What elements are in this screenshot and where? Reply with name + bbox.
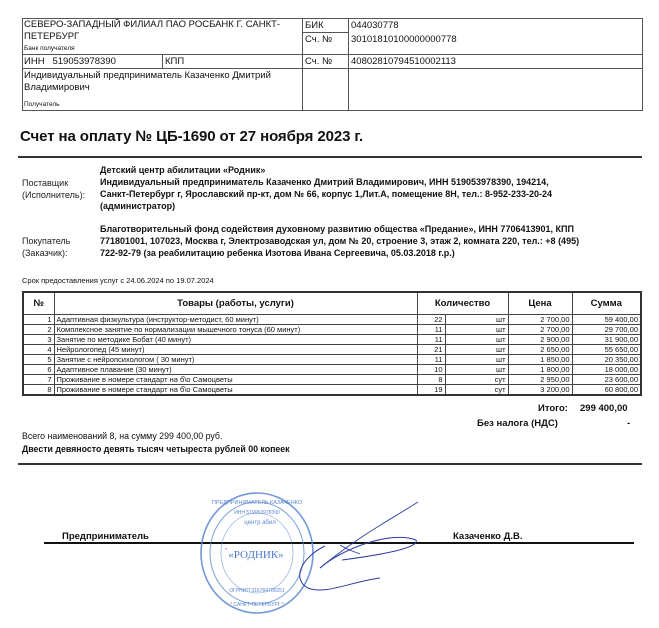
divider xyxy=(162,54,163,68)
buyer-line1: Благотворительный фонд содействия духовн… xyxy=(100,223,579,235)
service-period: Срок предоставления услуг с 24.06.2024 п… xyxy=(22,276,214,285)
vat-label: Без налога (НДС) xyxy=(477,418,558,429)
buyer-label-line2: (Заказчик): xyxy=(22,247,70,259)
signature-name: Казаченко Д.В. xyxy=(453,531,522,542)
supplier-details: Детский центр абилитации «Родник» Индиви… xyxy=(100,164,552,212)
account-label: Сч. № xyxy=(305,56,332,67)
summary-count: Всего наименований 8, на сумму 299 400,0… xyxy=(22,431,222,441)
supplier-label: Поставщик (Исполнитель): xyxy=(22,177,85,201)
divider xyxy=(22,68,643,69)
row-qty: 21 xyxy=(417,344,445,354)
row-sum: 60 800,00 xyxy=(572,384,641,395)
row-unit: шт xyxy=(445,324,508,334)
row-qty: 10 xyxy=(417,364,445,374)
summary-amount-words: Двести девяносто девять тысяч четыреста … xyxy=(22,444,290,454)
supplier-line4: (администратор) xyxy=(100,200,552,212)
row-sum: 29 700,00 xyxy=(572,324,641,334)
row-name: Проживание в номере стандарт на б\о Само… xyxy=(54,384,417,395)
row-price: 1 850,00 xyxy=(508,354,572,364)
bik-value: 044030778 xyxy=(351,20,399,31)
row-name: Проживание в номере стандарт на б\о Само… xyxy=(54,374,417,384)
svg-text:ОГРНИП 316784700251: ОГРНИП 316784700251 xyxy=(229,588,285,594)
bank-name: СЕВЕРО-ЗАПАДНЫЙ ФИЛИАЛ ПАО РОСБАНК Г. СА… xyxy=(24,19,300,43)
row-sum: 18 000,00 xyxy=(572,364,641,374)
supplier-label-line2: (Исполнитель): xyxy=(22,189,85,201)
supplier-label-line1: Поставщик xyxy=(22,177,85,189)
row-qty: 19 xyxy=(417,384,445,395)
corr-account-value: 30101810100000000778 xyxy=(351,34,457,45)
row-price: 2 900,00 xyxy=(508,334,572,344)
row-sum: 20 350,00 xyxy=(572,354,641,364)
col-name-header: Товары (работы, услуги) xyxy=(54,292,417,314)
kpp-label: КПП xyxy=(165,56,184,68)
handwritten-signature xyxy=(280,500,420,600)
supplier-line1: Детский центр абилитации «Родник» xyxy=(100,164,552,176)
signature-role: Предприниматель xyxy=(62,531,149,542)
svg-text:центр абил: центр абил xyxy=(244,520,276,526)
table-row: 2Комплексное занятие по нормализации мыш… xyxy=(23,324,641,334)
items-table: № Товары (работы, услуги) Количество Цен… xyxy=(22,291,642,396)
row-name: Адаптивное плавание (30 минут) xyxy=(54,364,417,374)
invoice-title: Счет на оплату № ЦБ-1690 от 27 ноября 20… xyxy=(20,128,363,145)
table-row: 4Нейрологопед (45 минут)21шт2 650,0055 6… xyxy=(23,344,641,354)
divider xyxy=(22,54,643,55)
table-row: 5Занятие с нейропсихологом ( 30 минут)11… xyxy=(23,354,641,364)
signature-scribble-icon xyxy=(280,500,420,600)
row-num: 3 xyxy=(23,334,54,344)
col-qty-header: Количество xyxy=(417,292,508,314)
bik-label: БИК xyxy=(305,20,324,31)
table-row: 6Адаптивное плавание (30 минут)10шт1 800… xyxy=(23,364,641,374)
table-row: 7Проживание в номере стандарт на б\о Сам… xyxy=(23,374,641,384)
row-sum: 55 650,00 xyxy=(572,344,641,354)
row-qty: 22 xyxy=(417,314,445,324)
table-header-row: № Товары (работы, услуги) Количество Цен… xyxy=(23,292,641,314)
row-unit: шт xyxy=(445,314,508,324)
inn-value: 519053978390 xyxy=(52,56,115,67)
row-name: Адаптивная физкультура (инструктор-метод… xyxy=(54,314,417,324)
row-sum: 31 900,00 xyxy=(572,334,641,344)
col-sum-header: Сумма xyxy=(572,292,641,314)
row-unit: шт xyxy=(445,364,508,374)
stamp-center-text: «РОДНИК» xyxy=(228,549,283,561)
table-row: 3Занятие по методике Бобат (40 минут)11ш… xyxy=(23,334,641,344)
divider xyxy=(348,18,349,111)
row-unit: шт xyxy=(445,334,508,344)
col-price-header: Цена xyxy=(508,292,572,314)
row-sum: 23 600,00 xyxy=(572,374,641,384)
row-price: 2 700,00 xyxy=(508,324,572,334)
row-num: 8 xyxy=(23,384,54,395)
row-qty: 11 xyxy=(417,324,445,334)
bank-label: Банк получателя xyxy=(24,45,75,53)
row-num: 4 xyxy=(23,344,54,354)
summary-rule xyxy=(18,463,642,465)
supplier-line3: Санкт-Петербург г, Ярославский пр-кт, до… xyxy=(100,188,552,200)
recipient-label: Получатель xyxy=(24,101,60,109)
row-num: 6 xyxy=(23,364,54,374)
row-unit: шт xyxy=(445,354,508,364)
supplier-line2: Индивидуальный предприниматель Казаченко… xyxy=(100,176,552,188)
buyer-label: Покупатель (Заказчик): xyxy=(22,235,70,259)
row-num: 1 xyxy=(23,314,54,324)
inn-field: ИНН 519053978390 xyxy=(24,56,116,68)
svg-text:ИНН 519053978390: ИНН 519053978390 xyxy=(234,510,280,516)
account-value: 40802810794510002113 xyxy=(351,56,456,67)
row-price: 3 200,00 xyxy=(508,384,572,395)
buyer-label-line1: Покупатель xyxy=(22,235,70,247)
row-price: 2 700,00 xyxy=(508,314,572,324)
row-unit: сут xyxy=(445,384,508,395)
row-name: Занятие по методике Бобат (40 минут) xyxy=(54,334,417,344)
inn-label: ИНН xyxy=(24,56,45,67)
row-num: 5 xyxy=(23,354,54,364)
title-rule xyxy=(18,156,642,158)
row-qty: 11 xyxy=(417,354,445,364)
row-name: Нейрологопед (45 минут) xyxy=(54,344,417,354)
row-price: 2 650,00 xyxy=(508,344,572,354)
row-sum: 59 400,00 xyxy=(572,314,641,324)
svg-text:* САНКТ-ПЕТЕРБУРГ *: * САНКТ-ПЕТЕРБУРГ * xyxy=(230,602,284,608)
row-qty: 11 xyxy=(417,334,445,344)
total-label: Итого: xyxy=(538,403,568,414)
row-price: 1 800,00 xyxy=(508,364,572,374)
row-unit: шт xyxy=(445,344,508,354)
row-num: 2 xyxy=(23,324,54,334)
recipient-name: Индивидуальный предприниматель Казаченко… xyxy=(24,70,300,94)
corr-account-label: Сч. № xyxy=(305,34,332,45)
row-name: Занятие с нейропсихологом ( 30 минут) xyxy=(54,354,417,364)
row-num: 7 xyxy=(23,374,54,384)
buyer-details: Благотворительный фонд содействия духовн… xyxy=(100,223,579,259)
row-name: Комплексное занятие по нормализации мыше… xyxy=(54,324,417,334)
row-price: 2 950,00 xyxy=(508,374,572,384)
buyer-line2: 771801001, 107023, Москва г, Электрозаво… xyxy=(100,235,579,247)
table-row: 1Адаптивная физкультура (инструктор-мето… xyxy=(23,314,641,324)
vat-value: - xyxy=(627,418,630,429)
table-row: 8Проживание в номере стандарт на б\о Сам… xyxy=(23,384,641,395)
row-qty: 8 xyxy=(417,374,445,384)
row-unit: сут xyxy=(445,374,508,384)
buyer-line3: 722-92-79 (за реабилитацию ребенка Изото… xyxy=(100,247,579,259)
total-value: 299 400,00 xyxy=(580,403,628,414)
divider xyxy=(302,32,348,33)
col-num-header: № xyxy=(23,292,54,314)
